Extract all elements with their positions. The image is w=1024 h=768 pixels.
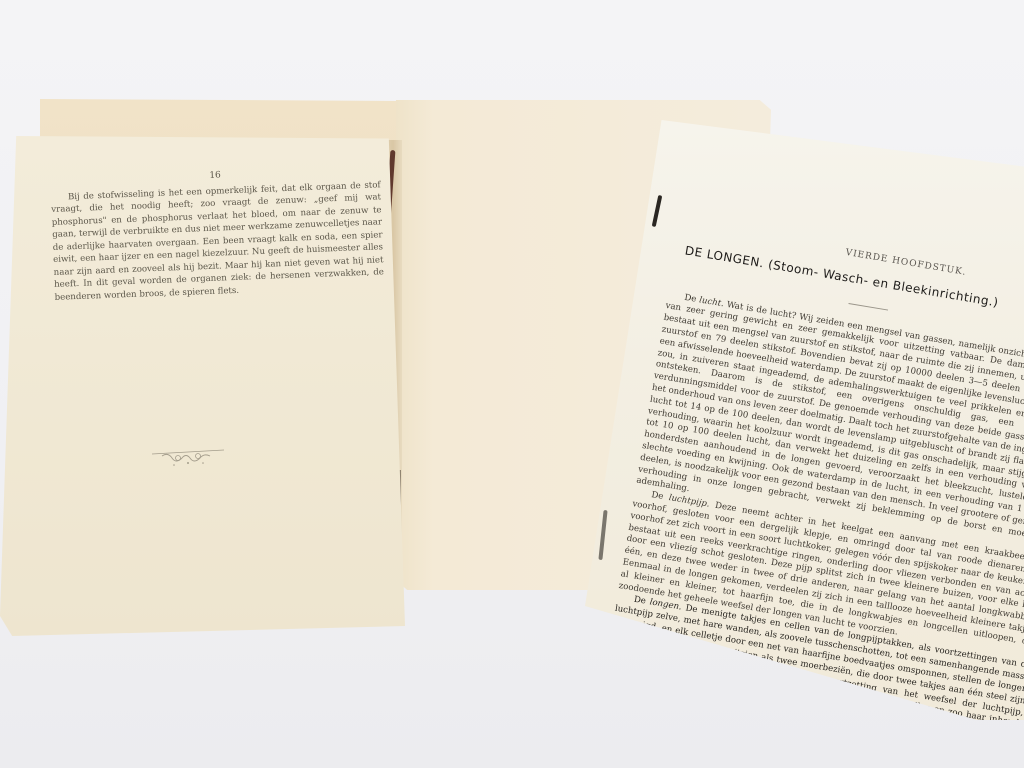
title-divider xyxy=(849,303,889,311)
decorative-flourish-icon xyxy=(148,446,228,470)
paragraph-lead: De xyxy=(651,490,670,503)
left-page-text-block: 16 Bij de stofwisseling is het een opmer… xyxy=(50,163,385,304)
left-page-paragraph: Bij de stofwisseling is het een opmerkel… xyxy=(51,179,385,304)
right-page-text-block: VIERDE HOOFDSTUK. DE LONGEN. (Stoom- Was… xyxy=(604,220,1024,743)
left-page-16: 16 Bij de stofwisseling is het een opmer… xyxy=(0,136,405,636)
right-page-chapter-four: VIERDE HOOFDSTUK. DE LONGEN. (Stoom- Was… xyxy=(585,120,1024,720)
